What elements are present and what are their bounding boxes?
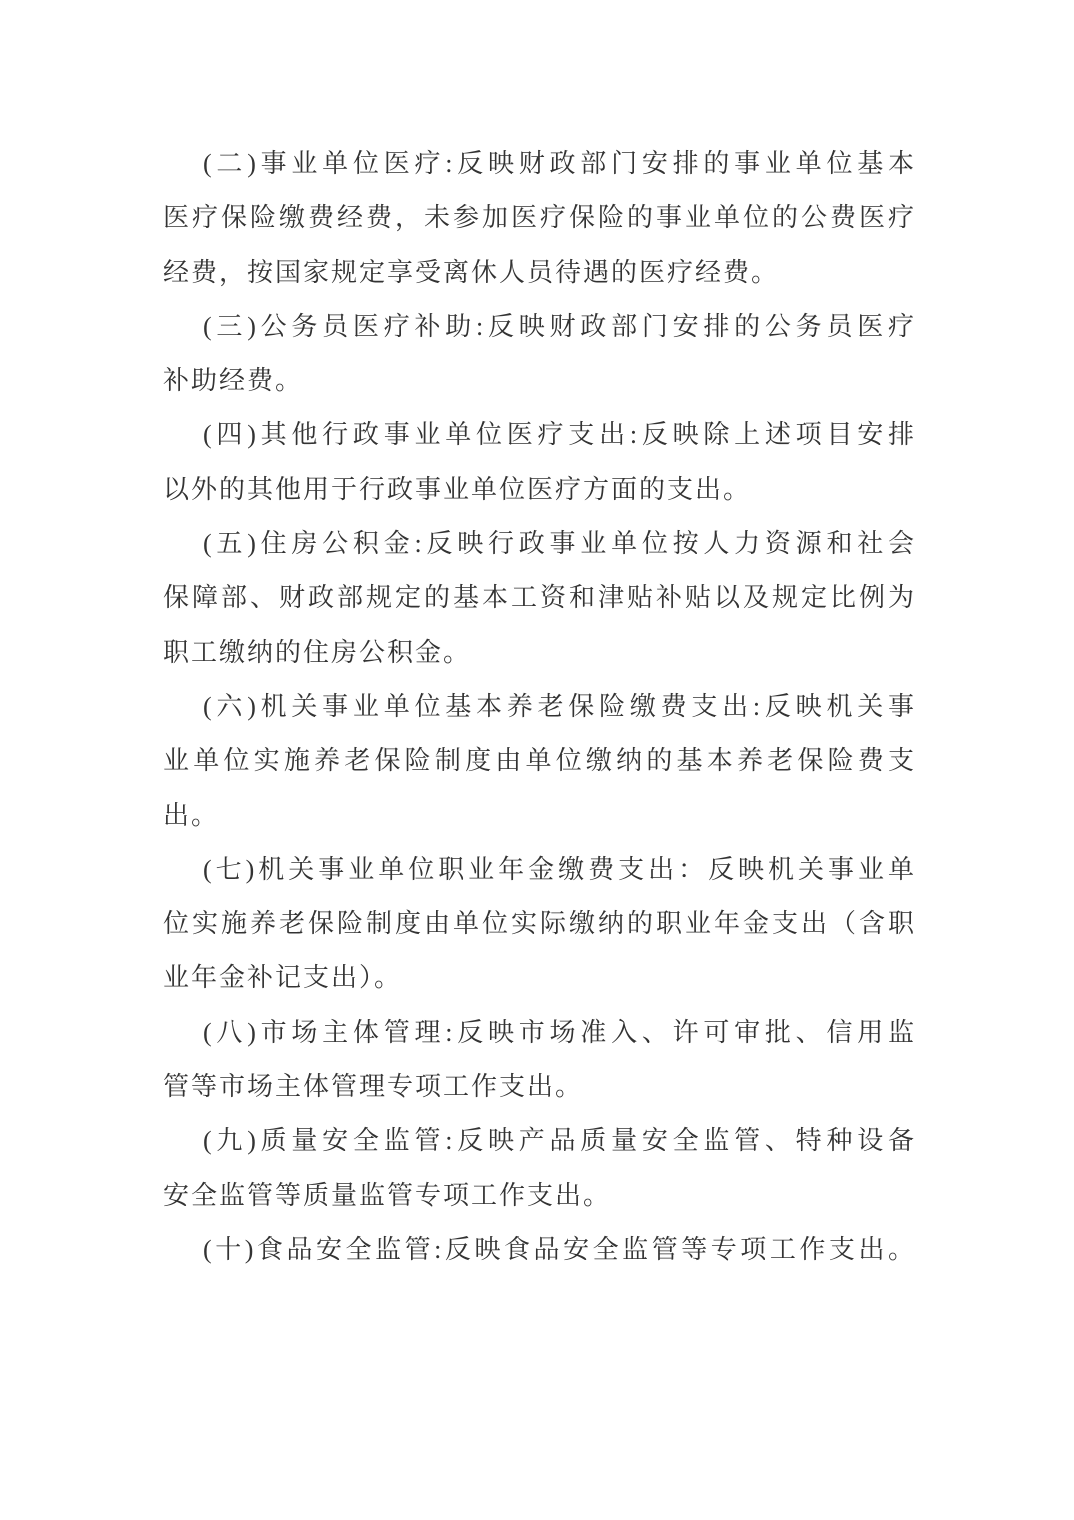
paragraph: (九)质量安全监管:反映产品质量安全监管、特种设备安全监管等质量监管专项工作支出… <box>163 1114 916 1223</box>
document-page: (二)事业单位医疗:反映财政部门安排的事业单位基本医疗保险缴费经费，未参加医疗保… <box>0 0 1074 1520</box>
paragraph: (三)公务员医疗补助:反映财政部门安排的公务员医疗补助经费。 <box>163 300 916 409</box>
text-line: 业单位实施养老保险制度由单位缴纳的基本养老保险费支 <box>163 734 916 788</box>
text-line: 医疗保险缴费经费，未参加医疗保险的事业单位的公费医疗 <box>163 191 916 245</box>
text-line: (五)住房公积金:反映行政事业单位按人力资源和社会 <box>163 517 916 571</box>
text-line: 以外的其他用于行政事业单位医疗方面的支出。 <box>163 463 916 517</box>
text-line: 补助经费。 <box>163 354 916 408</box>
text-line: 管等市场主体管理专项工作支出。 <box>163 1060 916 1114</box>
document-body: (二)事业单位医疗:反映财政部门安排的事业单位基本医疗保险缴费经费，未参加医疗保… <box>163 137 916 1277</box>
text-line: 职工缴纳的住房公积金。 <box>163 626 916 680</box>
paragraph: (十)食品安全监管:反映食品安全监管等专项工作支出。 <box>163 1223 916 1277</box>
text-line: 业年金补记支出）。 <box>163 951 916 1005</box>
text-line: (九)质量安全监管:反映产品质量安全监管、特种设备 <box>163 1114 916 1168</box>
text-line: 保障部、财政部规定的基本工资和津贴补贴以及规定比例为 <box>163 571 916 625</box>
text-line: (八)市场主体管理:反映市场准入、许可审批、信用监 <box>163 1006 916 1060</box>
text-line: (四)其他行政事业单位医疗支出:反映除上述项目安排 <box>163 408 916 462</box>
text-line: 安全监管等质量监管专项工作支出。 <box>163 1169 916 1223</box>
text-line: (二)事业单位医疗:反映财政部门安排的事业单位基本 <box>163 137 916 191</box>
text-line: 经费，按国家规定享受离休人员待遇的医疗经费。 <box>163 246 916 300</box>
paragraph: (四)其他行政事业单位医疗支出:反映除上述项目安排以外的其他用于行政事业单位医疗… <box>163 408 916 517</box>
paragraph: (二)事业单位医疗:反映财政部门安排的事业单位基本医疗保险缴费经费，未参加医疗保… <box>163 137 916 300</box>
text-line: (十)食品安全监管:反映食品安全监管等专项工作支出。 <box>163 1223 916 1277</box>
paragraph: (七)机关事业单位职业年金缴费支出：反映机关事业单位实施养老保险制度由单位实际缴… <box>163 843 916 1006</box>
text-line: 位实施养老保险制度由单位实际缴纳的职业年金支出（含职 <box>163 897 916 951</box>
paragraph: (六)机关事业单位基本养老保险缴费支出:反映机关事业单位实施养老保险制度由单位缴… <box>163 680 916 843</box>
paragraph: (五)住房公积金:反映行政事业单位按人力资源和社会保障部、财政部规定的基本工资和… <box>163 517 916 680</box>
text-line: (七)机关事业单位职业年金缴费支出：反映机关事业单 <box>163 843 916 897</box>
text-line: (六)机关事业单位基本养老保险缴费支出:反映机关事 <box>163 680 916 734</box>
text-line: 出。 <box>163 789 916 843</box>
text-line: (三)公务员医疗补助:反映财政部门安排的公务员医疗 <box>163 300 916 354</box>
paragraph: (八)市场主体管理:反映市场准入、许可审批、信用监管等市场主体管理专项工作支出。 <box>163 1006 916 1115</box>
